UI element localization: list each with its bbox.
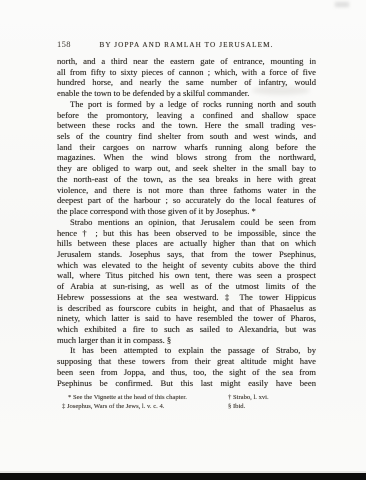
paragraph: It has been attempted to explain the pas…: [57, 345, 316, 388]
footnote-row: * See the Vignette at the head of this c…: [57, 394, 316, 403]
text-line: land their cargoes on narrow wharfs runn…: [57, 142, 316, 153]
text-line: been seen from Joppa, and thus, too, the…: [57, 367, 316, 378]
book-page: 158 BY JOPPA AND RAMLAH TO JERUSALEM. no…: [0, 0, 366, 480]
footnote-vignette: * See the Vignette at the head of this c…: [57, 394, 228, 403]
text-line: is described as fourscore cubits in heig…: [57, 303, 316, 314]
text-line: much larger than it in compass. §: [57, 335, 316, 346]
footnote-josephus: ‡ Josephus, Wars of the Jews, l. v. c. 4…: [57, 403, 228, 412]
text-line: they are obliged to warp out, and seek s…: [57, 163, 316, 174]
page-body: north, and a third near the eastern gate…: [57, 56, 316, 388]
text-line: The port is formed by a ledge of rocks r…: [57, 99, 316, 110]
text-line: wall, where Titus pitched his own tent, …: [57, 270, 316, 281]
footnotes: * See the Vignette at the head of this c…: [57, 394, 316, 412]
running-title: BY JOPPA AND RAMLAH TO JERUSALEM.: [97, 41, 276, 49]
footnote-ibid: § Ibid.: [228, 403, 316, 412]
text-line: It has been attempted to explain the pas…: [57, 345, 316, 356]
text-line: hills between these places are actually …: [57, 238, 316, 249]
footnote-row: ‡ Josephus, Wars of the Jews, l. v. c. 4…: [57, 403, 316, 412]
scan-speck: [335, 2, 349, 7]
text-line: which was elevated to the height of seve…: [57, 260, 316, 271]
text-line: supposing that these towers from their g…: [57, 356, 316, 367]
text-line: of Arabia at sun-rising, as well as of t…: [57, 281, 316, 292]
footnote-strabo: † Strabo, l. xvi.: [228, 394, 316, 403]
text-line: the north-east of the town, as the sea b…: [57, 174, 316, 185]
text-line: the place correspond with those given of…: [57, 206, 316, 217]
text-line: Psephinus be confirmed. But this last mi…: [57, 378, 316, 389]
text-line: between these rocks and the town. Here t…: [57, 120, 316, 131]
scanner-edge-bar: [0, 473, 366, 480]
text-line: Hebrew possessions at the sea westward. …: [57, 292, 316, 303]
text-line: violence, and there is not more than thr…: [57, 185, 316, 196]
text-line: before the promontory, leaving a confine…: [57, 110, 316, 121]
paragraph: Strabo mentions an opinion, that Jerusal…: [57, 217, 316, 346]
text-line: magazines. When the wind blows strong fr…: [57, 152, 316, 163]
text-line: Strabo mentions an opinion, that Jerusal…: [57, 217, 316, 228]
text-line: deepest part of the harbour ; so accurat…: [57, 195, 316, 206]
text-line: north, and a third near the eastern gate…: [57, 56, 316, 67]
text-line: which exhibited a fire to such as sailed…: [57, 324, 316, 335]
scan-smudge: [252, 86, 310, 95]
text-line: ninety, which latter is said to have res…: [57, 313, 316, 324]
paragraph: The port is formed by a ledge of rocks r…: [57, 99, 316, 217]
text-line: Jerusalem stands. Josephus says, that fr…: [57, 249, 316, 260]
text-line: sels of the country find shelter from so…: [57, 131, 316, 142]
text-line: hence † ; but this has been observed to …: [57, 228, 316, 239]
page-number: 158: [57, 39, 97, 49]
page-header: 158 BY JOPPA AND RAMLAH TO JERUSALEM.: [57, 39, 316, 49]
text-line: all from fifty to sixty pieces of cannon…: [57, 67, 316, 78]
